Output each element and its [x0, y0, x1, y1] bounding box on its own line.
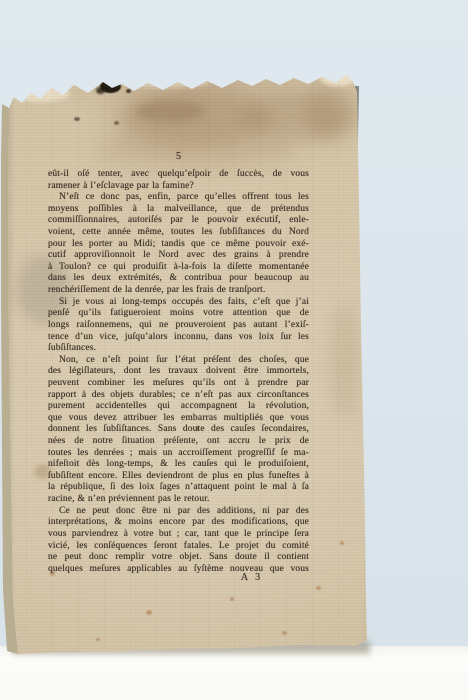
text-line: ramener à l’eſclavage par la famine?: [48, 181, 309, 193]
text-line: tence d’un vice, juſqu’alors inconnu, da…: [48, 332, 309, 344]
text-line: N’eſt ce donc pas, enfin, parce qu’elles…: [48, 192, 309, 204]
text-line: interprétations, & moins encore par des …: [48, 517, 309, 529]
text-line: ſubſiſtent encore. Elles deviendront de …: [48, 471, 309, 483]
text-line: renchériſſement de la denrée, par les fr…: [48, 285, 309, 297]
text-line: donnent les ſubſiſtances. Sans doute des…: [48, 424, 309, 436]
text-line: peuvent combiner les meſures qu’ils ont …: [48, 378, 309, 390]
text-line: dans les deux extrémités, & contribua po…: [48, 273, 309, 285]
text-line: nées de notre ſituation préſente, ont ac…: [48, 436, 309, 448]
text-line: Ce ne peut donc être ni par des addition…: [48, 506, 309, 518]
text-line: rapport à des objets durables; ce n’eſt …: [48, 390, 309, 402]
book-page: 5 eût-il oſé tenter, avec quelqu’eſpoir …: [0, 0, 468, 700]
text-line: ſubſiſtances.: [48, 343, 309, 355]
text-line: que vous devez attribuer les embarras mu…: [48, 413, 309, 425]
backdrop-white-band: [0, 646, 468, 700]
torn-edge-fibers: [120, 76, 210, 88]
text-line: moyens poſſibles à la malveillance, que …: [48, 204, 309, 216]
page-number: 5: [48, 151, 309, 162]
text-line: eût-il oſé tenter, avec quelqu’eſpoir de…: [48, 169, 309, 181]
text-line: pour les porter au Midi; tandis que ce m…: [48, 239, 309, 251]
text-line: ne peut donc remplir votre objet. Sans d…: [48, 552, 309, 564]
text-line: cutif approviſionnoit le Nord avec des g…: [48, 250, 309, 262]
text-block: eût-il oſé tenter, avec quelqu’eſpoir de…: [48, 169, 309, 575]
text-line: racine, & n’en préviennent pas le retour…: [48, 494, 309, 506]
text-line: penſé qu’ils fatigueroient moins votre a…: [48, 308, 309, 320]
text-line: la république, ſi des loix ſages n’attaq…: [48, 482, 309, 494]
text-line: des légiſlateurs, dont les travaux doive…: [48, 366, 309, 378]
text-line: vous parviendrez à votre but ; car, tant…: [48, 529, 309, 541]
text-line: voient, cette année même, toutes les ſub…: [48, 227, 309, 239]
text-line: longs raiſonnemens, qui ne prouveroient …: [48, 320, 309, 332]
text-line: purement accidentelles qui accompagnent …: [48, 401, 309, 413]
text-line: Si je vous ai long-temps occupés des fai…: [48, 297, 309, 309]
text-line: à Toulon? ce qui produiſit à-la-fois la …: [48, 262, 309, 274]
text-line: Non, ce n’eſt point ſur l’état préſent d…: [48, 355, 309, 367]
signature-mark: A 3: [120, 572, 381, 583]
photo-background: 5 eût-il oſé tenter, avec quelqu’eſpoir …: [0, 0, 468, 700]
text-line: vicié, les conſéquences ſeront fatales. …: [48, 541, 309, 553]
text-line: toutes les denrées ; mais un accroiſſeme…: [48, 448, 309, 460]
text-line: nifeſtoit dès long-temps, & les cauſes q…: [48, 459, 309, 471]
text-line: commiſſionnaires, autoriſés par le pouvo…: [48, 215, 309, 227]
